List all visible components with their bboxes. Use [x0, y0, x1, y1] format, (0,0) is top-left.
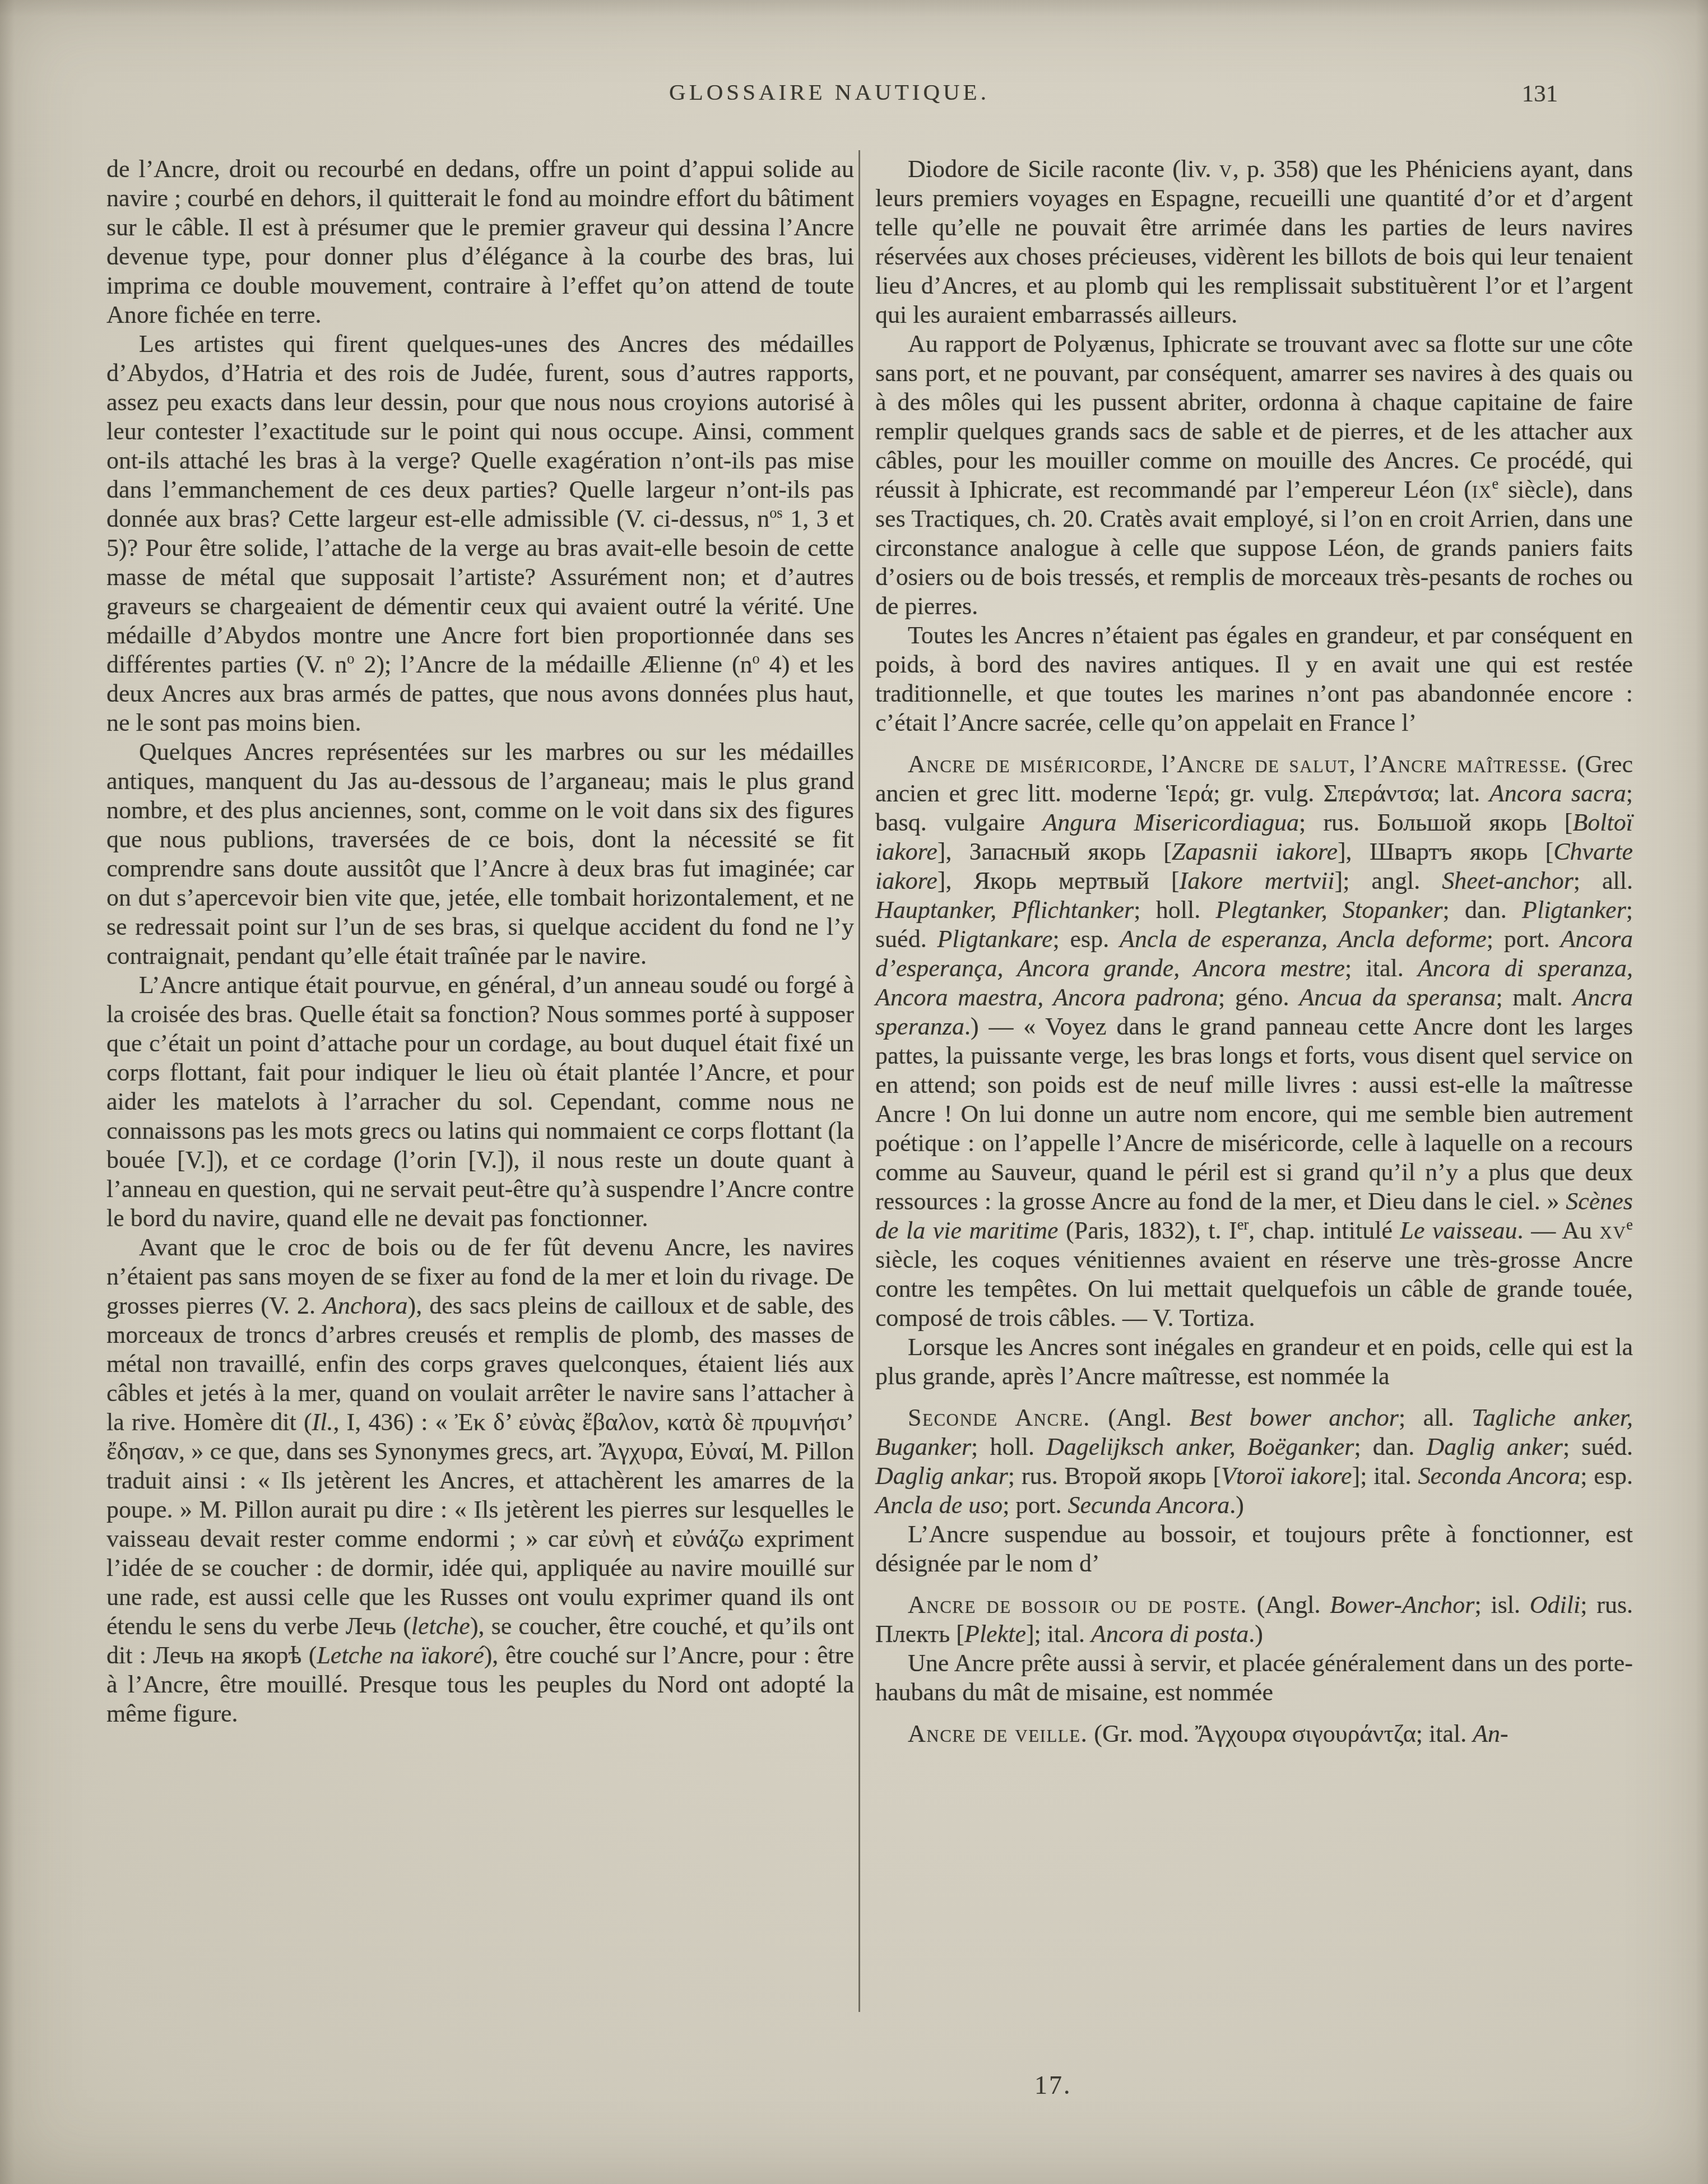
- text-run: Angura Misericordiagua: [1042, 809, 1298, 836]
- text-run: ; rus. Большой якорь [: [1299, 809, 1573, 836]
- text-paragraph: Une Ancre prête aussi à servir, et placé…: [875, 1649, 1633, 1707]
- text-run: ; suéd.: [1563, 1433, 1633, 1460]
- text-run: Une Ancre prête aussi à servir, et placé…: [875, 1649, 1633, 1706]
- text-paragraph: Les artistes qui firent quelques-unes de…: [106, 330, 854, 738]
- text-run: ], Швартъ якорь [: [1338, 838, 1553, 865]
- text-run: Ancre de veille.: [908, 1720, 1088, 1747]
- text-run: . — Au: [1517, 1217, 1600, 1244]
- text-run: ; géno.: [1218, 984, 1299, 1011]
- text-run: L’Ancre suspendue au bossoir, et toujour…: [875, 1520, 1633, 1577]
- text-run: , l’: [1147, 750, 1177, 778]
- text-run: (Gr. mod. Ἄγχουρα σιγουράντζα; ital.: [1088, 1720, 1473, 1747]
- column-divider: [858, 150, 860, 2012]
- text-run: Anchora: [323, 1292, 408, 1319]
- text-run: ], Якорь мертвый [: [937, 867, 1180, 894]
- text-run: ]; ital.: [1026, 1620, 1091, 1648]
- glossary-entry-paragraph: Ancre de veille. (Gr. mod. Ἄγχουρα σιγου…: [875, 1719, 1633, 1749]
- text-run: ; rus. Второй якорь [: [1008, 1462, 1221, 1490]
- text-run: .): [1248, 1620, 1263, 1648]
- text-run: Quelques Ancres représentées sur les mar…: [106, 738, 854, 970]
- glossary-entry-paragraph: Ancre de bossoir ou de poste. (Angl. Bow…: [875, 1591, 1633, 1649]
- text-run: Plekte: [964, 1620, 1026, 1648]
- text-run: Ancre de bossoir ou de poste.: [908, 1591, 1247, 1619]
- text-run: ; port.: [1487, 925, 1561, 953]
- text-run: ; esp.: [1580, 1462, 1633, 1490]
- text-run: ; all.: [1399, 1404, 1472, 1431]
- text-run: Odili: [1530, 1591, 1580, 1619]
- text-run: ]; ital.: [1352, 1462, 1418, 1490]
- text-paragraph: Diodore de Sicile raconte (liv. v, p. 35…: [875, 155, 1633, 330]
- text-run: (Paris, 1832), t. I: [1058, 1217, 1237, 1244]
- signature-mark: 17.: [1034, 2070, 1072, 2100]
- text-run: 2); l’Ancre de la médaille Ælienne (n: [354, 651, 752, 678]
- text-run: siècle, les coques vénitiennes avaient e…: [875, 1246, 1633, 1332]
- text-run: Dagelijksch anker, Boëganker: [1046, 1433, 1354, 1460]
- text-paragraph: L’Ancre suspendue au bossoir, et toujour…: [875, 1520, 1633, 1578]
- text-run: Plegtanker, Stopanker: [1216, 896, 1443, 924]
- left-column: de l’Ancre, droit ou recourbé en dedans,…: [106, 155, 854, 1728]
- text-run: ; port.: [1002, 1491, 1067, 1519]
- text-run: ; isl.: [1474, 1591, 1529, 1619]
- text-run: Il.: [312, 1408, 333, 1436]
- text-run: Ancla de esperanza, Ancla deforme: [1120, 925, 1487, 953]
- text-run: (Angl.: [1247, 1591, 1330, 1619]
- text-run: ; dan.: [1443, 896, 1523, 924]
- text-run: Letche na ïakoré: [317, 1642, 484, 1669]
- text-run: Toutes les Ancres n’étaient pas égales e…: [875, 622, 1633, 736]
- text-run: e: [1626, 1216, 1633, 1233]
- page-number: 131: [1506, 82, 1574, 106]
- text-run: o: [347, 650, 354, 667]
- text-paragraph: de l’Ancre, droit ou recourbé en dedans,…: [106, 155, 854, 330]
- text-run: ; malt.: [1496, 984, 1572, 1011]
- text-run: ; all.: [1574, 867, 1633, 894]
- text-run: Les artistes qui firent quelques-unes de…: [106, 330, 854, 532]
- text-run: , l’: [1349, 750, 1379, 778]
- text-run: Zapasnii iakore: [1172, 838, 1338, 865]
- text-run: Ancre de salut: [1177, 750, 1349, 778]
- text-run: Ancora di posta: [1091, 1620, 1248, 1648]
- text-run: ; holl.: [1134, 896, 1215, 924]
- text-run: .): [1229, 1491, 1244, 1519]
- text-run: er: [1237, 1216, 1249, 1233]
- text-run: ], Запасный якорь [: [937, 838, 1172, 865]
- text-run: de l’Ancre, droit ou recourbé en dedans,…: [106, 155, 854, 328]
- text-run: Secunda Ancora: [1067, 1491, 1229, 1519]
- text-run: os: [769, 504, 782, 521]
- text-run: Pligtanker: [1522, 896, 1626, 924]
- text-run: o: [753, 650, 760, 667]
- text-run: , I, 436) : « Ἐκ δ’ εὐνὰς ἔβαλον, κατὰ δ…: [106, 1408, 854, 1640]
- glossary-entry-paragraph: Seconde Ancre. (Angl. Best bower anchor;…: [875, 1403, 1633, 1520]
- text-run: Hauptanker, Pflichtanker: [875, 896, 1134, 924]
- text-paragraph: Lorsque les Ancres sont inégales en gran…: [875, 1333, 1633, 1391]
- text-run: , chap. intitulé: [1248, 1217, 1400, 1244]
- text-run: ; ital.: [1345, 954, 1418, 982]
- text-run: Iakore mertvii: [1180, 867, 1335, 894]
- text-run: ; holl.: [971, 1433, 1046, 1460]
- text-run: Lorsque les Ancres sont inégales en gran…: [875, 1333, 1633, 1390]
- text-paragraph: Avant que le croc de bois ou de fer fût …: [106, 1233, 854, 1728]
- text-run: letche: [411, 1612, 470, 1640]
- text-run: ; dan.: [1354, 1433, 1426, 1460]
- text-run: ; esp.: [1053, 925, 1120, 953]
- text-run: Bower-Anchor: [1330, 1591, 1474, 1619]
- text-run: ix: [1472, 476, 1492, 503]
- text-run: Ancre maîtresse.: [1379, 750, 1568, 778]
- text-paragraph: Toutes les Ancres n’étaient pas égales e…: [875, 621, 1633, 738]
- text-paragraph: Quelques Ancres représentées sur les mar…: [106, 738, 854, 971]
- text-run: Daglig anker: [1426, 1433, 1563, 1460]
- text-paragraph: L’Ancre antique était pourvue, en généra…: [106, 971, 854, 1233]
- text-run: Daglig ankar: [875, 1462, 1008, 1490]
- text-run: e: [1492, 475, 1499, 492]
- text-run: Ancora sacra: [1489, 780, 1626, 807]
- text-run: An-: [1473, 1720, 1509, 1747]
- right-column: Diodore de Sicile raconte (liv. v, p. 35…: [875, 155, 1633, 1749]
- running-title: GLOSSAIRE NAUTIQUE.: [0, 81, 1659, 104]
- glossary-entry-paragraph: Ancre de miséricorde, l’Ancre de salut, …: [875, 750, 1633, 1333]
- book-page: GLOSSAIRE NAUTIQUE. 131 de l’Ancre, droi…: [0, 0, 1708, 2184]
- text-run: Ancla de uso: [875, 1491, 1002, 1519]
- text-run: L’Ancre antique était pourvue, en généra…: [106, 971, 854, 1232]
- text-run: Seconde Ancre.: [908, 1404, 1090, 1431]
- text-run: Diodore de Sicile raconte (liv.: [908, 155, 1219, 183]
- text-run: Vtoroï iakore: [1221, 1462, 1352, 1490]
- text-run: v: [1219, 155, 1233, 183]
- text-run: Best bower anchor: [1189, 1404, 1398, 1431]
- text-run: Ancre de miséricorde: [908, 750, 1147, 778]
- text-run: Le vaisseau: [1400, 1217, 1517, 1244]
- text-run: Sheet-anchor: [1442, 867, 1574, 894]
- text-run: xv: [1600, 1217, 1627, 1244]
- text-run: Pligtankare: [937, 925, 1052, 953]
- text-run: .) — « Voyez dans le grand panneau cette…: [875, 1013, 1633, 1215]
- text-run: Seconda Ancora: [1418, 1462, 1580, 1490]
- text-paragraph: Au rapport de Polyænus, Iphicrate se tro…: [875, 330, 1633, 621]
- text-run: ]; angl.: [1334, 867, 1442, 894]
- text-run: (Angl.: [1090, 1404, 1190, 1431]
- text-run: Ancua da speransa: [1299, 984, 1496, 1011]
